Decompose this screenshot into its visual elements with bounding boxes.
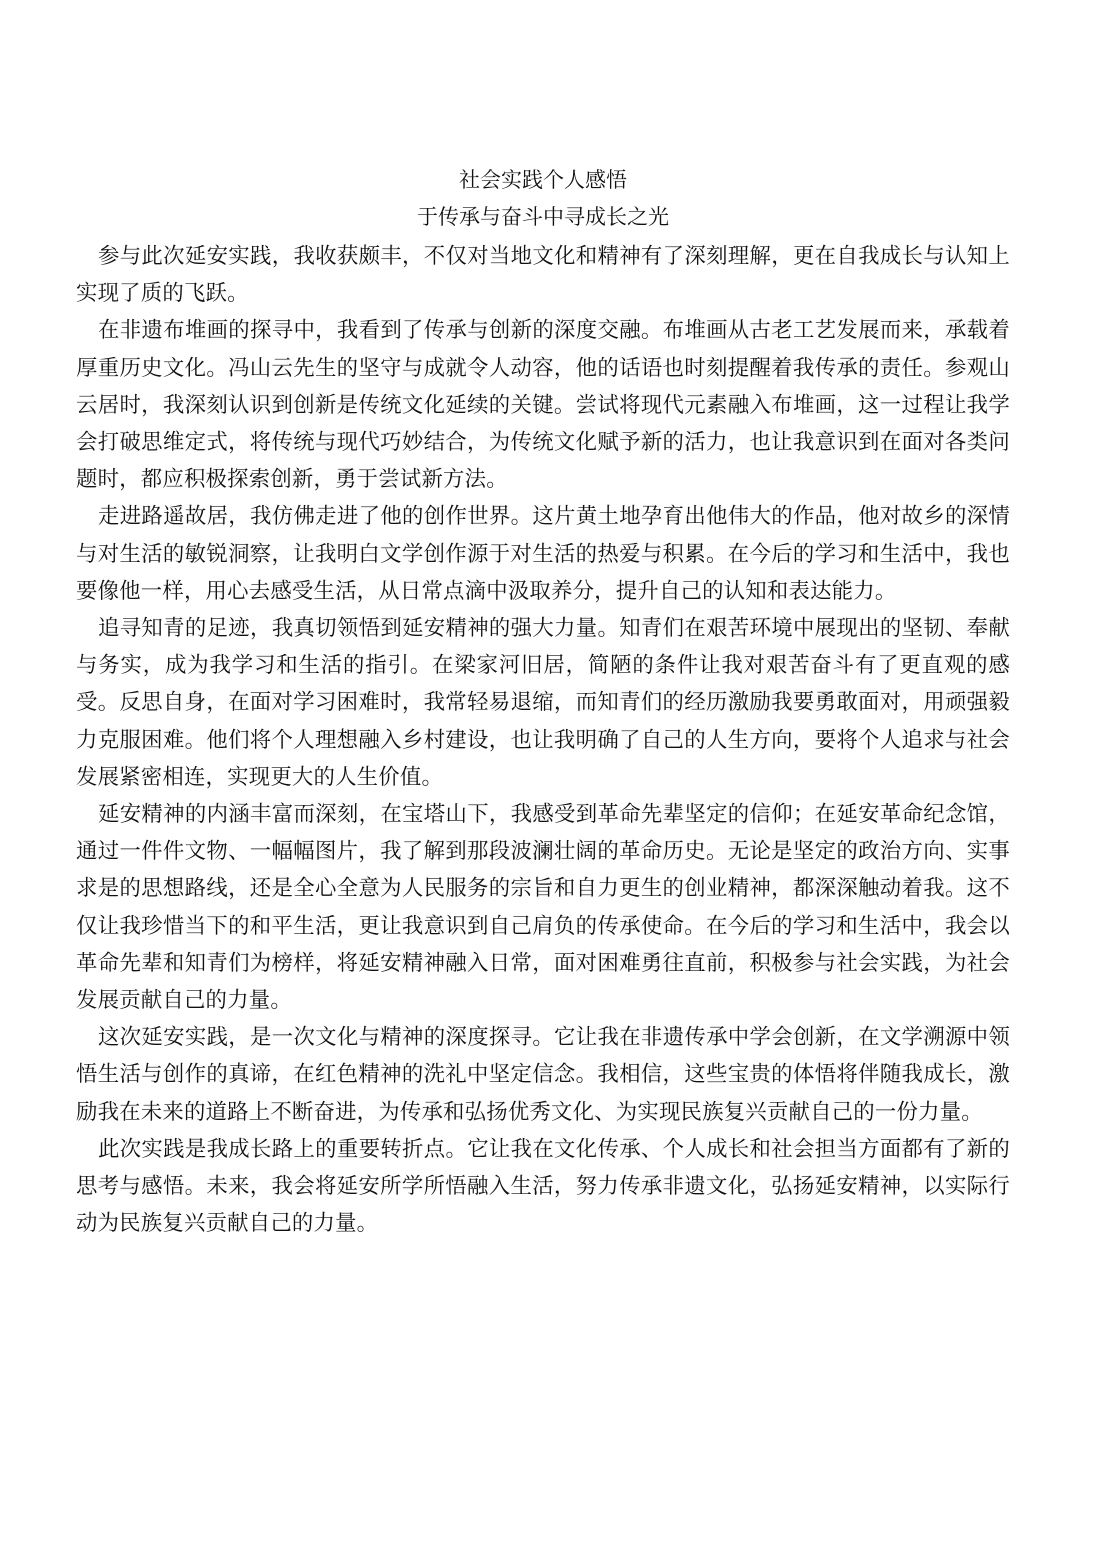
paragraph-conclusion: 此次实践是我成长路上的重要转折点。它让我在文化传承、个人成长和社会担当方面都有了… <box>76 1131 1010 1243</box>
paragraph-intangible-heritage: 在非遗布堆画的探寻中，我看到了传承与创新的深度交融。布堆画从古老工艺发展而来，承… <box>76 312 1010 498</box>
paragraph-intro: 参与此次延安实践，我收获颇丰，不仅对当地文化和精神有了深刻理解，更在自我成长与认… <box>76 238 1010 312</box>
document-page: 社会实践个人感悟 于传承与奋斗中寻成长之光 参与此次延安实践，我收获颇丰，不仅对… <box>76 162 1010 1242</box>
document-subtitle: 于传承与奋斗中寻成长之光 <box>76 199 1010 236</box>
paragraph-yanan-spirit: 延安精神的内涵丰富而深刻，在宝塔山下，我感受到革命先辈坚定的信仰；在延安革命纪念… <box>76 796 1010 1019</box>
paragraph-luyao-residence: 走进路遥故居，我仿佛走进了他的创作世界。这片黄土地孕育出他伟大的作品，他对故乡的… <box>76 498 1010 610</box>
paragraph-educated-youth: 追寻知青的足迹，我真切领悟到延安精神的强大力量。知青们在艰苦环境中展现出的坚韧、… <box>76 610 1010 796</box>
document-title: 社会实践个人感悟 <box>76 162 1010 199</box>
paragraph-summary: 这次延安实践，是一次文化与精神的深度探寻。它让我在非遗传承中学会创新，在文学溯源… <box>76 1019 1010 1131</box>
